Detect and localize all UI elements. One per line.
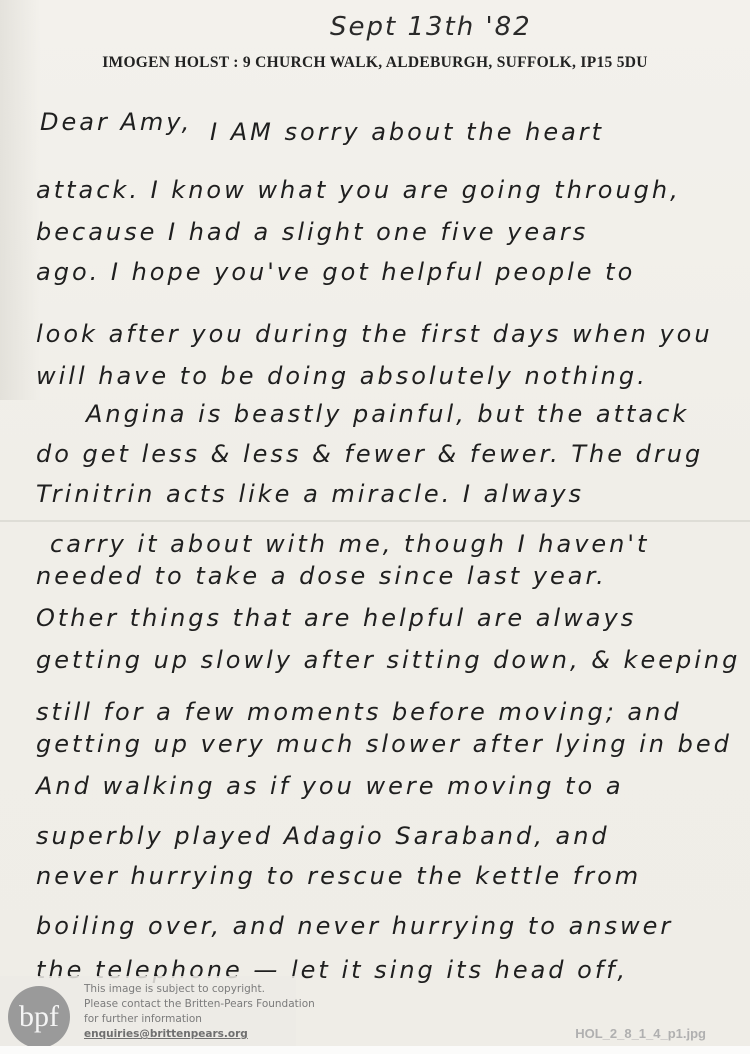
letter-page: Sept 13th '82 IMOGEN HOLST : 9 CHURCH WA… [0, 0, 750, 1046]
letter-line: because I had a slight one five years [36, 218, 736, 246]
letter-line: getting up slowly after sitting down, & … [36, 646, 736, 674]
letter-line: do get less & less & fewer & fewer. The … [36, 440, 736, 468]
copyright-notice: This image is subject to copyright. Plea… [84, 982, 315, 1042]
letter-line: superbly played Adagio Saraband, and [36, 822, 736, 850]
bottom-margin [0, 1046, 750, 1054]
copyright-line-2: Please contact the Britten-Pears Foundat… [84, 997, 315, 1012]
letter-line: Angina is beastly painful, but the attac… [86, 400, 750, 428]
letter-line: Trinitrin acts like a miracle. I always [36, 480, 736, 508]
letter-line: attack. I know what you are going throug… [36, 176, 736, 204]
letter-line: ago. I hope you've got helpful people to [36, 258, 736, 286]
letter-line: look after you during the first days whe… [36, 320, 736, 348]
bpf-logo: bpf [8, 986, 70, 1048]
filename-label: HOL_2_8_1_4_p1.jpg [575, 1026, 706, 1041]
copyright-line-1: This image is subject to copyright. [84, 982, 315, 997]
letter-line: boiling over, and never hurrying to answ… [36, 912, 736, 940]
email-link[interactable]: enquiries@brittenpears.org [84, 1028, 248, 1040]
letter-line: never hurrying to rescue the kettle from [36, 862, 736, 890]
letter-line: And walking as if you were moving to a [36, 772, 736, 800]
letterhead: IMOGEN HOLST : 9 CHURCH WALK, ALDEBURGH,… [0, 54, 750, 72]
copyright-line-3: for further information [84, 1012, 315, 1027]
letter-line: will have to be doing absolutely nothing… [36, 362, 736, 390]
letter-date: Sept 13th '82 [330, 12, 532, 42]
letter-line: needed to take a dose since last year. [36, 562, 736, 590]
letter-line: getting up very much slower after lying … [36, 730, 736, 758]
letter-line: still for a few moments before moving; a… [36, 698, 736, 726]
letter-line: carry it about with me, though I haven't [50, 530, 750, 558]
letter-line: Other things that are helpful are always [36, 604, 736, 632]
paper-fold-line [0, 520, 750, 522]
letter-line: I AM sorry about the heart [210, 118, 750, 146]
